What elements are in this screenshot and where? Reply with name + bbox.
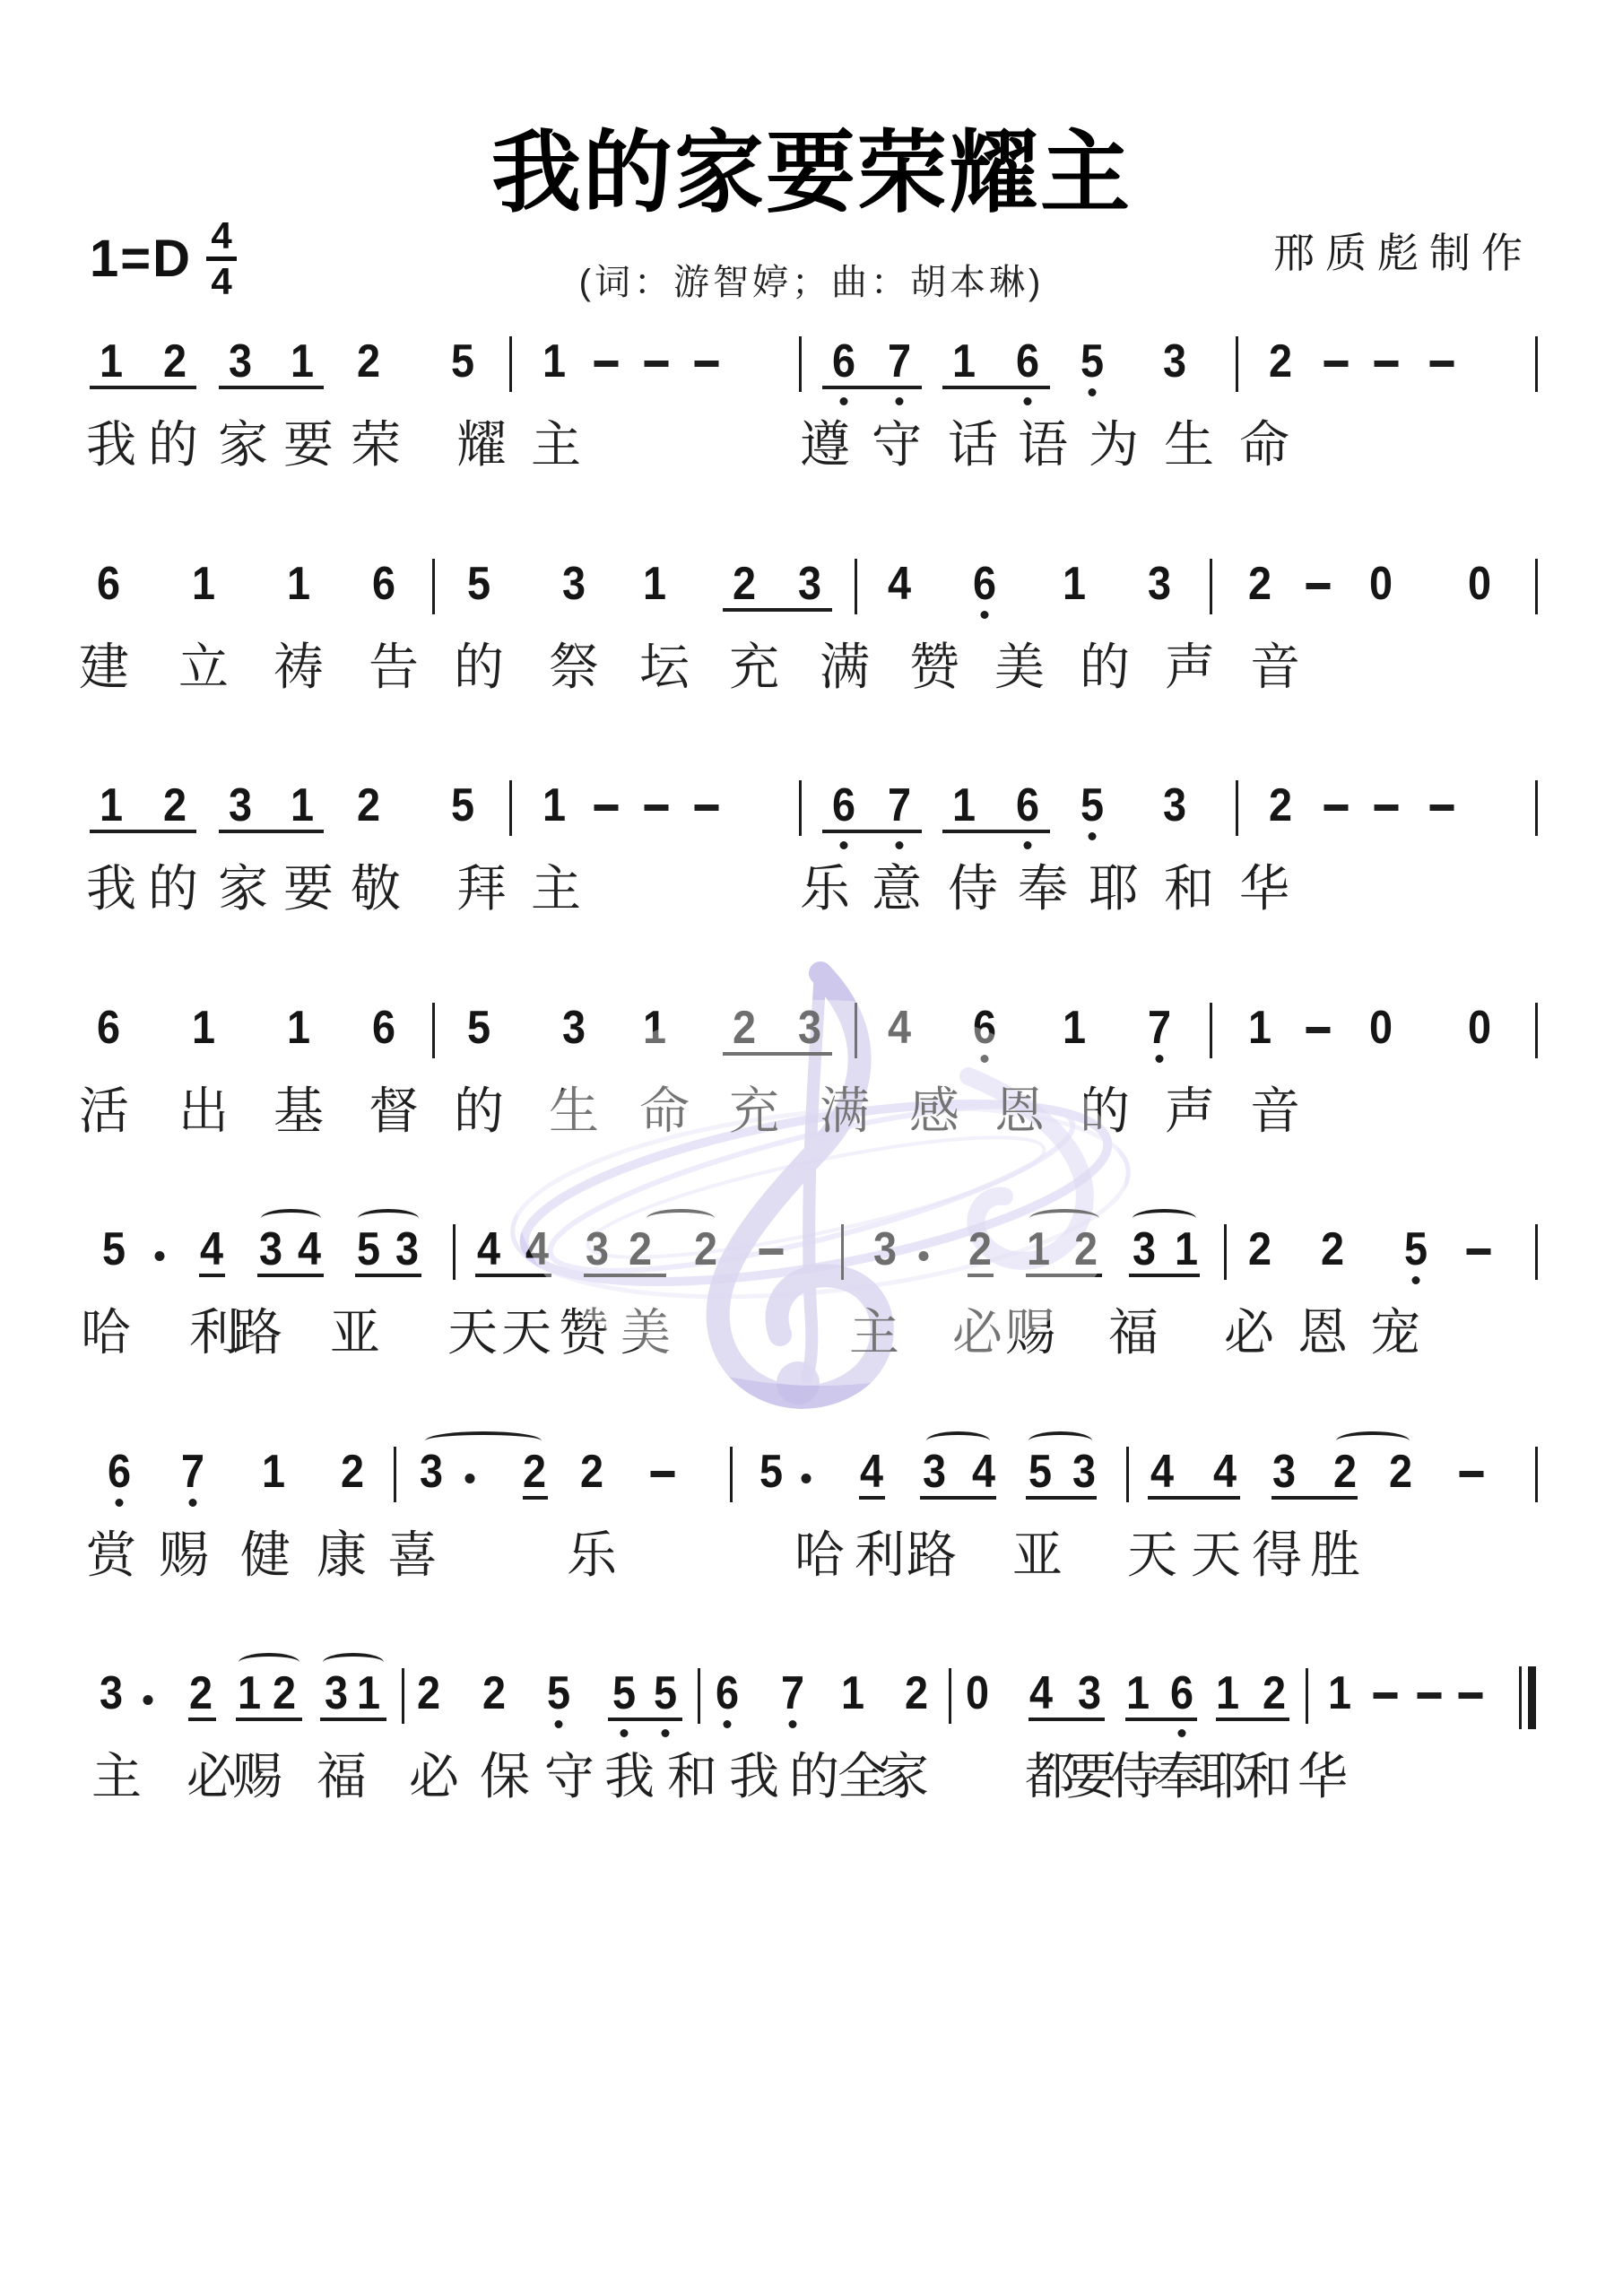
note-digit: 1 [192,561,215,607]
note-digit: 5 [612,1670,636,1717]
note-digit: 5 [759,1448,783,1495]
lyric-syllable: 主 [531,420,581,470]
note-digit: 3 [395,1226,419,1273]
low-octave-dot [662,1729,670,1737]
duration-dash [1467,1248,1491,1255]
lyric-syllable: 的 [454,1086,504,1136]
note-digit: 4 [200,1226,223,1273]
lyric-syllable: 必 [187,1752,237,1802]
note-digit: 4 [1213,1448,1237,1495]
note-digit: 3 [1133,1226,1156,1273]
note-digit: 2 [1269,338,1292,385]
duration-dash [595,804,619,811]
duration-dash [645,361,669,367]
lyric-syllable: 出 [178,1086,229,1136]
lyric-syllable: 乐 [567,1530,617,1580]
barline [1535,780,1538,836]
slur-arc [425,1431,542,1450]
note-digit: 3 [229,782,252,829]
note-digit: 3 [923,1448,946,1495]
note-digit: 1 [542,782,566,829]
note-digit: 1 [542,338,566,385]
note-digit: 5 [357,1226,380,1273]
lyric-syllable: 美 [994,642,1045,692]
eighth-beam-line [822,386,922,389]
lyric-syllable: 告 [369,642,419,692]
low-octave-dot [1412,1276,1420,1284]
note-digit: 2 [905,1670,928,1717]
duration-dash [1418,1692,1442,1699]
eighth-beam-line [822,830,922,833]
lyric-syllable: 路 [232,1308,282,1358]
lyric-syllable: 音 [1250,1086,1300,1136]
note-digit: 6 [1016,782,1039,829]
note-digit: 7 [888,782,911,829]
lyric-syllable: 福 [1108,1308,1159,1358]
barline [1236,336,1238,392]
low-octave-dot [896,841,904,849]
note-digit: 3 [798,561,821,607]
eighth-beam-line [219,386,324,389]
low-octave-dot [789,1720,797,1728]
eighth-beam-line [523,1496,548,1500]
note-digit: 2 [357,338,380,385]
lyric-syllable: 路 [907,1530,957,1580]
lyric-syllable: 语 [1018,420,1068,470]
lyric-syllable: 奉 [1018,864,1068,914]
eighth-beam-line [219,830,324,833]
lyric-syllable: 满 [820,642,870,692]
note-digit: 2 [273,1670,296,1717]
note-digit: 1 [1063,1004,1086,1051]
note-digit: 2 [1389,1448,1412,1495]
lyric-syllable: 耶 [1089,864,1139,914]
lyric-syllable: 的 [148,420,198,470]
barline [1535,336,1538,392]
note-digit: 2 [1269,782,1292,829]
note-digit: 3 [562,561,586,607]
note-digit: 6 [716,1670,739,1717]
lyric-syllable: 侍 [948,864,998,914]
duration-dash [1306,1027,1331,1033]
lyric-syllable: 赞 [909,642,959,692]
barline [402,1668,404,1724]
note-digit: 1 [1216,1670,1239,1717]
lyric-syllable: 音 [1250,642,1300,692]
low-octave-dot [840,397,848,405]
eighth-beam-line [188,1718,216,1721]
note-digit: 5 [547,1670,570,1717]
eighth-beam-line [199,1274,225,1277]
note-digit: 1 [1328,1670,1351,1717]
lyric-syllable: 话 [948,420,998,470]
note-digit: 1 [287,561,310,607]
note-digit: 3 [229,338,252,385]
lyric-syllable: 荣 [351,420,401,470]
low-octave-dot [1178,1729,1186,1737]
lyric-syllable: 必 [1224,1308,1274,1358]
note-digit: 3 [1078,1670,1101,1717]
barline [799,336,802,392]
note-digit: 7 [781,1670,804,1717]
augmentation-dot [155,1251,165,1261]
slur-arc [239,1653,299,1672]
note-digit: 1 [841,1670,864,1717]
lyric-syllable: 遵 [800,420,850,470]
note-digit: 2 [341,1448,364,1495]
note-digit: 1 [357,1670,380,1717]
barline [730,1447,733,1502]
barline [394,1447,396,1502]
slur-arc [1336,1431,1410,1450]
lyric-syllable: 要 [283,864,334,914]
lyric-syllable: 为 [1089,420,1139,470]
lyric-syllable: 活 [79,1086,129,1136]
note-digit: 4 [860,1448,883,1495]
barline [949,1668,951,1724]
low-octave-dot [981,611,989,619]
lyric-syllable: 祷 [273,642,324,692]
note-digit: 6 [832,782,855,829]
lyric-syllable: 天 [1191,1530,1241,1580]
note-digit: 5 [1081,338,1104,385]
note-digit: 1 [192,1004,215,1051]
note-digit: 2 [357,782,380,829]
slur-arc [1133,1209,1196,1228]
note-digit: 1 [291,338,314,385]
eighth-beam-line [475,1274,551,1277]
lyric-syllable: 守 [544,1752,595,1802]
eighth-beam-line [1125,1718,1197,1721]
note-digit: 2 [580,1448,603,1495]
lyric-syllable: 华 [1239,864,1289,914]
duration-dash [1324,361,1349,367]
lyric-syllable: 侍 [1110,1752,1160,1802]
augmentation-dot [143,1695,153,1705]
lyric-syllable: 的 [789,1752,839,1802]
barline [509,780,512,836]
note-digit: 2 [733,561,756,607]
eighth-beam-line [90,830,196,833]
eighth-beam-line [320,1718,386,1721]
note-digit: 1 [952,338,976,385]
barline [799,780,802,836]
eighth-beam-line [920,1496,996,1500]
low-octave-dot [724,1720,732,1728]
low-octave-dot [1024,397,1032,405]
note-digit: 6 [1170,1670,1193,1717]
note-digit: 5 [1081,782,1104,829]
note-digit: 5 [654,1670,677,1717]
note-digit: 3 [562,1004,586,1051]
note-digit: 5 [467,561,490,607]
lyric-syllable: 哈 [794,1530,845,1580]
note-digit: 2 [482,1670,506,1717]
low-octave-dot [1089,388,1097,396]
lyric-syllable: 保 [480,1752,530,1802]
duration-dash [651,1471,675,1477]
eighth-beam-line [355,1274,421,1277]
duration-dash [645,804,669,811]
eighth-beam-line [1026,1496,1097,1500]
duration-dash [1460,1471,1484,1477]
note-digit: 3 [1163,782,1186,829]
note-digit: 6 [372,561,395,607]
lyric-syllable: 哈 [81,1308,131,1358]
lyric-syllable: 和 [1164,864,1214,914]
note-digit: 4 [477,1226,500,1273]
eighth-beam-line [942,386,1050,389]
lyric-syllable: 建 [79,642,129,692]
lyric-syllable: 的 [454,642,504,692]
eighth-beam-line [257,1274,324,1277]
note-digit: 1 [952,782,976,829]
note-digit: 5 [451,782,474,829]
lyric-syllable: 我 [86,864,136,914]
lyric-syllable: 亚 [330,1308,380,1358]
sheet-page: 我的家要荣耀主 1=D 4 4 (词：游智婷；曲：胡本琳) 邢质彪制作 1231… [0,0,1623,2296]
note-digit: 1 [100,338,123,385]
note-digit: 7 [1148,1004,1171,1051]
lyric-syllable: 天 [1127,1530,1177,1580]
barline [1236,780,1238,836]
note-digit: 2 [163,338,187,385]
lyric-syllable: 耀 [456,420,507,470]
lyric-syllable: 天 [501,1308,551,1358]
lyric-syllable: 家 [218,420,268,470]
lyric-syllable: 敬 [351,864,401,914]
barline [1535,559,1538,614]
note-digit: 6 [1016,338,1039,385]
note-digit: 4 [972,1448,995,1495]
lyric-syllable: 天 [447,1308,498,1358]
final-barline-thick [1528,1666,1536,1729]
note-digit: 5 [102,1226,126,1273]
note-digit: 2 [1248,561,1271,607]
eighth-beam-line [859,1496,885,1500]
barline [855,559,857,614]
slur-arc [358,1209,419,1228]
barline [1224,1224,1227,1280]
note-digit: 3 [259,1226,282,1273]
barline [1126,1447,1129,1502]
note-digit: 3 [1072,1448,1096,1495]
note-digit: 3 [325,1670,348,1717]
lyric-syllable: 我 [86,420,136,470]
barline [1535,1003,1538,1058]
lyric-syllable: 得 [1252,1530,1302,1580]
note-digit: 1 [643,561,666,607]
note-digit: 1 [291,782,314,829]
note-digit: 5 [1404,1226,1428,1273]
eighth-beam-line [90,386,196,389]
note-digit: 2 [1321,1226,1344,1273]
rest-digit: 0 [1468,1004,1491,1051]
barline [1210,1003,1212,1058]
slur-arc [926,1431,990,1450]
note-digit: 5 [451,338,474,385]
duration-dash [1324,804,1349,811]
duration-dash [1375,361,1399,367]
barline [453,1224,456,1280]
duration-dash [695,361,719,367]
duration-dash [1375,804,1399,811]
lyric-syllable: 督 [369,1086,419,1136]
low-octave-dot [621,1729,629,1737]
eighth-beam-line [1129,1274,1200,1277]
slur-arc [323,1653,384,1672]
lyric-syllable: 奉 [1154,1752,1204,1802]
note-digit: 1 [262,1448,285,1495]
lyric-syllable: 康 [317,1530,367,1580]
lyric-syllable: 乐 [800,864,850,914]
low-octave-dot [840,841,848,849]
note-digit: 3 [1272,1448,1296,1495]
watermark-veil [516,1000,1125,1386]
lyric-syllable: 赏 [86,1530,136,1580]
low-octave-dot [896,397,904,405]
eighth-beam-line [1216,1718,1289,1721]
augmentation-dot [465,1474,475,1483]
lyric-syllable: 祭 [549,642,599,692]
lyric-syllable: 命 [1239,420,1289,470]
low-octave-dot [1089,832,1097,840]
note-digit: 4 [888,561,911,607]
low-octave-dot [1156,1055,1164,1063]
lyric-syllable: 喜 [387,1530,438,1580]
barline [1210,559,1212,614]
slur-arc [261,1209,321,1228]
eighth-beam-line [608,1718,682,1721]
low-octave-dot [1024,841,1032,849]
lyric-syllable: 恩 [1298,1308,1348,1358]
lyric-syllable: 要 [1066,1752,1116,1802]
note-digit: 6 [97,561,120,607]
note-digit: 4 [1150,1448,1174,1495]
eighth-beam-line [723,608,832,612]
note-digit: 1 [100,782,123,829]
lyric-syllable: 的 [148,864,198,914]
eighth-beam-line [1028,1718,1105,1721]
duration-dash [1459,1692,1483,1699]
lyric-syllable: 声 [1165,1086,1215,1136]
low-octave-dot [189,1499,197,1507]
lyric-syllable: 和 [1242,1752,1292,1802]
note-digit: 2 [417,1670,440,1717]
note-digit: 6 [372,1004,395,1051]
note-digit: 2 [189,1670,213,1717]
augmentation-dot [802,1474,811,1483]
barline [1535,1224,1538,1280]
lyric-syllable: 我 [729,1752,779,1802]
note-digit: 6 [108,1448,131,1495]
note-digit: 6 [973,561,996,607]
note-digit: 7 [181,1448,204,1495]
lyric-syllable: 主 [91,1752,142,1802]
lyric-syllable: 家 [218,864,268,914]
lyric-syllable: 要 [283,420,334,470]
lyric-syllable: 基 [273,1086,324,1136]
eighth-beam-line [236,1718,302,1721]
final-barline-thin [1519,1666,1522,1729]
note-digit: 4 [298,1226,321,1273]
low-octave-dot [116,1499,124,1507]
lyric-syllable: 立 [178,642,229,692]
note-digit: 3 [420,1448,443,1495]
note-digit: 7 [888,338,911,385]
lyric-syllable: 坛 [639,642,690,692]
note-digit: 2 [523,1448,546,1495]
note-digit: 5 [467,1004,490,1051]
duration-dash [695,804,719,811]
note-digit: 5 [1028,1448,1052,1495]
note-digit: 1 [1248,1004,1271,1051]
lyric-syllable: 意 [872,864,922,914]
note-digit: 2 [1333,1448,1357,1495]
note-digit: 1 [238,1670,261,1717]
duration-dash [1374,1692,1398,1699]
barline [432,559,435,614]
note-digit: 6 [832,338,855,385]
rest-digit: 0 [966,1670,989,1717]
duration-dash [595,361,619,367]
lyric-syllable: 声 [1165,642,1215,692]
slur-arc [1028,1431,1092,1450]
duration-dash [1430,361,1454,367]
rest-digit: 0 [1369,561,1393,607]
lyric-syllable: 家 [879,1752,929,1802]
lyric-syllable: 宠 [1370,1308,1420,1358]
note-digit: 3 [1163,338,1186,385]
note-digit: 4 [1029,1670,1053,1717]
lyric-syllable: 赐 [232,1752,282,1802]
barline [698,1668,700,1724]
note-digit: 1 [1126,1670,1150,1717]
lyric-syllable: 健 [240,1530,291,1580]
note-digit: 3 [1148,561,1171,607]
lyric-syllable: 生 [1164,420,1214,470]
lyric-syllable: 的 [1080,642,1130,692]
eighth-beam-line [1148,1496,1240,1500]
lyric-syllable: 华 [1298,1752,1348,1802]
note-digit: 1 [1063,561,1086,607]
rest-digit: 0 [1369,1004,1393,1051]
rest-digit: 0 [1468,561,1491,607]
duration-dash [1430,804,1454,811]
low-octave-dot [555,1720,563,1728]
eighth-beam-line [1271,1496,1358,1500]
barline [1535,1447,1538,1502]
lyric-syllable: 耶 [1198,1752,1248,1802]
barline [432,1003,435,1058]
note-digit: 1 [1175,1226,1198,1273]
barline [1306,1668,1308,1724]
lyric-syllable: 必 [409,1752,459,1802]
note-digit: 2 [1248,1226,1271,1273]
lyric-syllable: 亚 [1012,1530,1063,1580]
lyric-syllable: 我 [604,1752,655,1802]
lyric-syllable: 主 [531,864,581,914]
barline [509,336,512,392]
lyric-syllable: 福 [317,1752,367,1802]
eighth-beam-line [942,830,1050,833]
duration-dash [1306,583,1331,589]
note-digit: 3 [100,1670,123,1717]
lyric-syllable: 赐 [159,1530,209,1580]
note-digit: 6 [97,1004,120,1051]
note-digit: 1 [287,1004,310,1051]
note-digit: 2 [1263,1670,1286,1717]
